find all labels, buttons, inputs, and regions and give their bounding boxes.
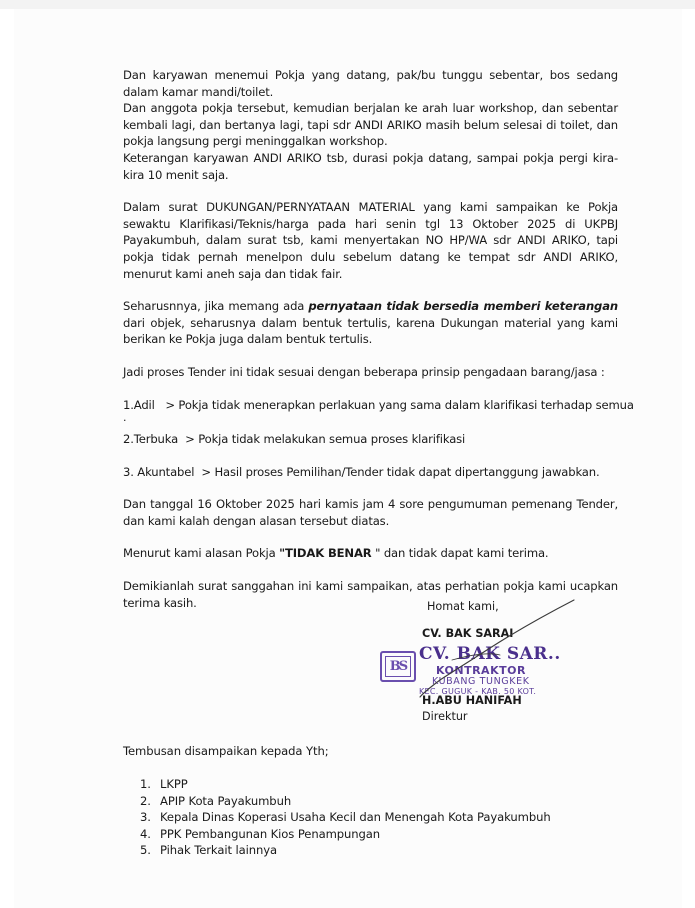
list-item: 3.Kepala Dinas Koperasi Usaha Kecil dan … bbox=[160, 809, 551, 825]
text-segment: dari objek, seharusnya dalam bentuk tert… bbox=[123, 316, 618, 347]
carbon-copy-section: Tembusan disampaikan kepada Yth; 1.LKPP … bbox=[123, 743, 551, 858]
paragraph-announcement: Dan tanggal 16 Oktober 2025 hari kamis j… bbox=[123, 496, 618, 529]
principle-open: 2.Terbuka > Pokja tidak melakukan semua … bbox=[123, 431, 618, 448]
signer-role: Direktur bbox=[422, 710, 468, 724]
scan-top-edge bbox=[0, 0, 695, 9]
list-number: 2. bbox=[140, 793, 151, 809]
recipient-name: Pihak Terkait lainnya bbox=[160, 843, 277, 857]
text-segment: " dan tidak dapat kami terima. bbox=[372, 546, 549, 560]
principle-text: > Hasil proses Pemilihan/Tender tidak da… bbox=[201, 465, 599, 479]
stray-dot: . bbox=[123, 413, 618, 425]
stamp-logo-monogram: BS bbox=[385, 656, 411, 677]
list-item: 2.APIP Kota Payakumbuh bbox=[160, 793, 551, 809]
list-item: 4.PPK Pembangunan Kios Penampungan bbox=[160, 826, 551, 842]
recipient-name: Kepala Dinas Koperasi Usaha Kecil dan Me… bbox=[160, 810, 551, 824]
stamp-line-2: KUBANG TUNGKEK bbox=[432, 676, 530, 687]
list-number: 4. bbox=[140, 826, 151, 842]
carbon-copy-title: Tembusan disampaikan kepada Yth; bbox=[123, 743, 551, 759]
list-number: 5. bbox=[140, 842, 151, 858]
emphasized-statement: pernyataan tidak bersedia memberi ketera… bbox=[308, 299, 618, 313]
closing-salutation: Homat kami, bbox=[427, 600, 499, 614]
principle-label: 1.Adil bbox=[123, 397, 155, 414]
list-number: 1. bbox=[140, 776, 151, 792]
text-segment: Menurut kami alasan Pokja bbox=[123, 546, 279, 560]
paragraph-written-statement: Seharusnnya, jika memang ada pernyataan … bbox=[123, 298, 618, 348]
recipient-name: LKPP bbox=[160, 777, 188, 791]
principle-label: 3. Akuntabel bbox=[123, 464, 194, 481]
signer-name: H.ABU HANIFAH bbox=[422, 694, 522, 708]
list-item: 5.Pihak Terkait lainnya bbox=[160, 842, 551, 858]
emphasized-not-true: "TIDAK BENAR bbox=[279, 546, 371, 560]
principle-fair: 1.Adil > Pokja tidak menerapkan perlakua… bbox=[123, 397, 618, 414]
recipient-name: APIP Kota Payakumbuh bbox=[160, 794, 291, 808]
principle-text: > Pokja tidak melakukan semua proses kla… bbox=[185, 432, 465, 446]
recipient-name: PPK Pembangunan Kios Penampungan bbox=[160, 827, 380, 841]
company-stamp: BS CV. BAK SAR.. KONTRAKTOR KUBANG TUNGK… bbox=[378, 640, 553, 700]
principle-accountable: 3. Akuntabel > Hasil proses Pemilihan/Te… bbox=[123, 464, 618, 481]
list-item: 1.LKPP bbox=[160, 776, 551, 792]
stamp-title: CV. BAK SAR.. bbox=[419, 644, 561, 664]
paragraph-closing: Demikianlah surat sanggahan ini kami sam… bbox=[123, 578, 618, 611]
letter-body: Dan karyawan menemui Pokja yang datang, … bbox=[123, 67, 618, 611]
paragraph-duration: Keterangan karyawan ANDI ARIKO tsb, dura… bbox=[123, 150, 618, 183]
paragraph-support-letter: Dalam surat DUKUNGAN/PERNYATAAN MATERIAL… bbox=[123, 199, 618, 282]
text-segment: Seharusnnya, jika memang ada bbox=[123, 299, 308, 313]
stamp-logo-icon: BS bbox=[380, 651, 416, 682]
paragraph-pokja-departure: Dan anggota pokja tersebut, kemudian ber… bbox=[123, 100, 618, 150]
list-number: 3. bbox=[140, 809, 151, 825]
principle-text: > Pokja tidak menerapkan perlakuan yang … bbox=[165, 398, 633, 412]
principle-label: 2.Terbuka bbox=[123, 431, 178, 448]
paragraph-principles-intro: Jadi proses Tender ini tidak sesuai deng… bbox=[123, 364, 618, 381]
company-name: CV. BAK SARAI bbox=[422, 627, 513, 641]
paragraph-rejection: Menurut kami alasan Pokja "TIDAK BENAR "… bbox=[123, 545, 618, 562]
carbon-copy-list: 1.LKPP 2.APIP Kota Payakumbuh 3.Kepala D… bbox=[123, 776, 551, 858]
paragraph-employee-response: Dan karyawan menemui Pokja yang datang, … bbox=[123, 67, 618, 100]
